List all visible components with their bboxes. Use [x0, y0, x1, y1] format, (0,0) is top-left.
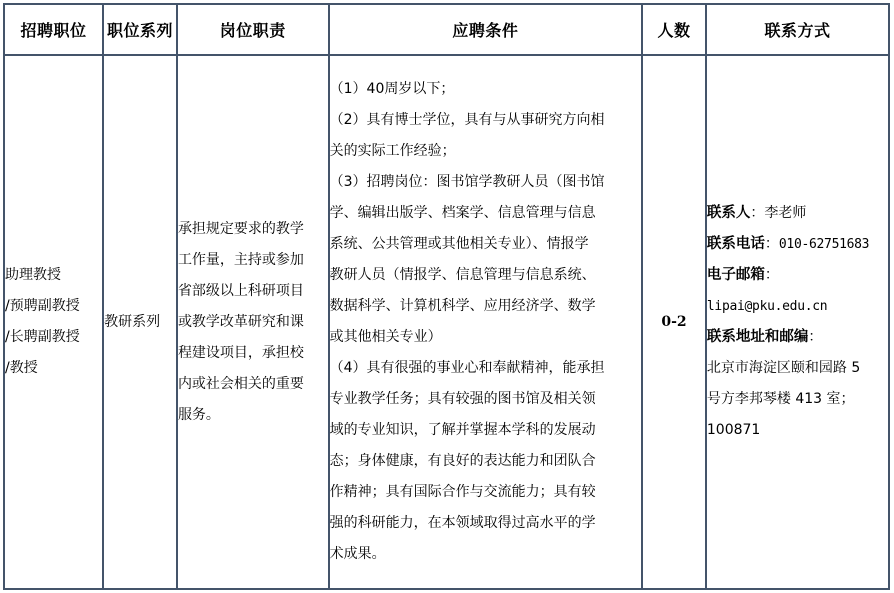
requirement-line: （1）40周岁以下； [330, 74, 642, 105]
requirement-line: （4）具有很强的事业心和奉献精神，能承担 [330, 353, 642, 384]
recruitment-table: 招聘职位 职位系列 岗位职责 应聘条件 人数 联系方式 助理教授 /预聘副教授 … [3, 3, 890, 590]
contact-email-label-line: 电子邮箱： [707, 260, 888, 291]
requirement-line: 学、编辑出版学、档案学、信息管理与信息 [330, 198, 642, 229]
contact-postcode: 100871 [707, 415, 888, 446]
header-duty: 岗位职责 [177, 4, 329, 55]
requirement-line: 域的专业知识，了解并掌握本学科的发展动 [330, 415, 642, 446]
header-position: 招聘职位 [4, 4, 103, 55]
requirement-line: 态；身体健康，有良好的表达能力和团队合 [330, 446, 642, 477]
duty-line: 或教学改革研究和课 [178, 307, 328, 338]
contact-address-label-line: 联系地址和邮编： [707, 322, 888, 353]
requirement-line: 作精神；具有国际合作与交流能力；具有较 [330, 477, 642, 508]
requirement-line: （2）具有博士学位，具有与从事研究方向相 [330, 105, 642, 136]
duty-line: 服务。 [178, 400, 328, 431]
contact-address-line: 号方李邦琴楼 413 室； [707, 384, 888, 415]
colon: ： [765, 267, 779, 283]
headcount-cell: 0-2 [642, 55, 706, 589]
requirements-cell: （1）40周岁以下； （2）具有博士学位，具有与从事研究方向相 关的实际工作经验… [329, 55, 643, 589]
series-cell: 教研系列 [103, 55, 177, 589]
contact-person-value: 李老师 [764, 205, 806, 221]
requirement-line: 系统、公共管理或其他相关专业）、情报学 [330, 229, 642, 260]
requirement-line: 数据科学、计算机科学、应用经济学、数学 [330, 291, 642, 322]
position-line: /预聘副教授 [5, 291, 102, 322]
requirement-line: 关的实际工作经验； [330, 136, 642, 167]
contact-email-value[interactable]: lipai@pku.edu.cn [707, 291, 888, 322]
requirement-line: （3）招聘岗位：图书馆学教研人员（图书馆 [330, 167, 642, 198]
requirement-line: 专业教学任务；具有较强的图书馆及相关领 [330, 384, 642, 415]
colon: ： [750, 205, 764, 221]
header-requirements: 应聘条件 [329, 4, 643, 55]
position-line: /教授 [5, 353, 102, 384]
table-header-row: 招聘职位 职位系列 岗位职责 应聘条件 人数 联系方式 [4, 4, 889, 55]
requirement-line: 强的科研能力，在本领域取得过高水平的学 [330, 508, 642, 539]
contact-person-label: 联系人 [707, 205, 751, 221]
colon: ： [808, 329, 822, 345]
contact-phone-label: 联系电话 [707, 236, 765, 252]
contact-cell: 联系人：李老师 联系电话：010-62751683 电子邮箱： lipai@pk… [706, 55, 889, 589]
contact-person: 联系人：李老师 [707, 198, 888, 229]
header-contact: 联系方式 [706, 4, 889, 55]
colon: ： [765, 236, 779, 252]
requirement-line: 或其他相关专业） [330, 322, 642, 353]
header-count: 人数 [642, 4, 706, 55]
position-cell: 助理教授 /预聘副教授 /长聘副教授 /教授 [4, 55, 103, 589]
requirement-line: 术成果。 [330, 539, 642, 570]
duty-line: 内或社会相关的重要 [178, 369, 328, 400]
duty-line: 承担规定要求的教学 [178, 214, 328, 245]
position-line: 助理教授 [5, 260, 102, 291]
contact-address-label: 联系地址和邮编 [707, 329, 809, 345]
duty-line: 省部级以上科研项目 [178, 276, 328, 307]
contact-phone-value: 010-62751683 [779, 237, 869, 252]
header-series: 职位系列 [103, 4, 177, 55]
contact-address-line: 北京市海淀区颐和园路 5 [707, 353, 888, 384]
duty-line: 程建设项目，承担校 [178, 338, 328, 369]
requirement-line: 教研人员（情报学、信息管理与信息系统、 [330, 260, 642, 291]
contact-phone: 联系电话：010-62751683 [707, 229, 888, 260]
duty-line: 工作量，主持或参加 [178, 245, 328, 276]
duty-cell: 承担规定要求的教学 工作量，主持或参加 省部级以上科研项目 或教学改革研究和课 … [177, 55, 329, 589]
contact-email-label: 电子邮箱 [707, 267, 765, 283]
table-row: 助理教授 /预聘副教授 /长聘副教授 /教授 教研系列 承担规定要求的教学 工作… [4, 55, 889, 589]
position-line: /长聘副教授 [5, 322, 102, 353]
